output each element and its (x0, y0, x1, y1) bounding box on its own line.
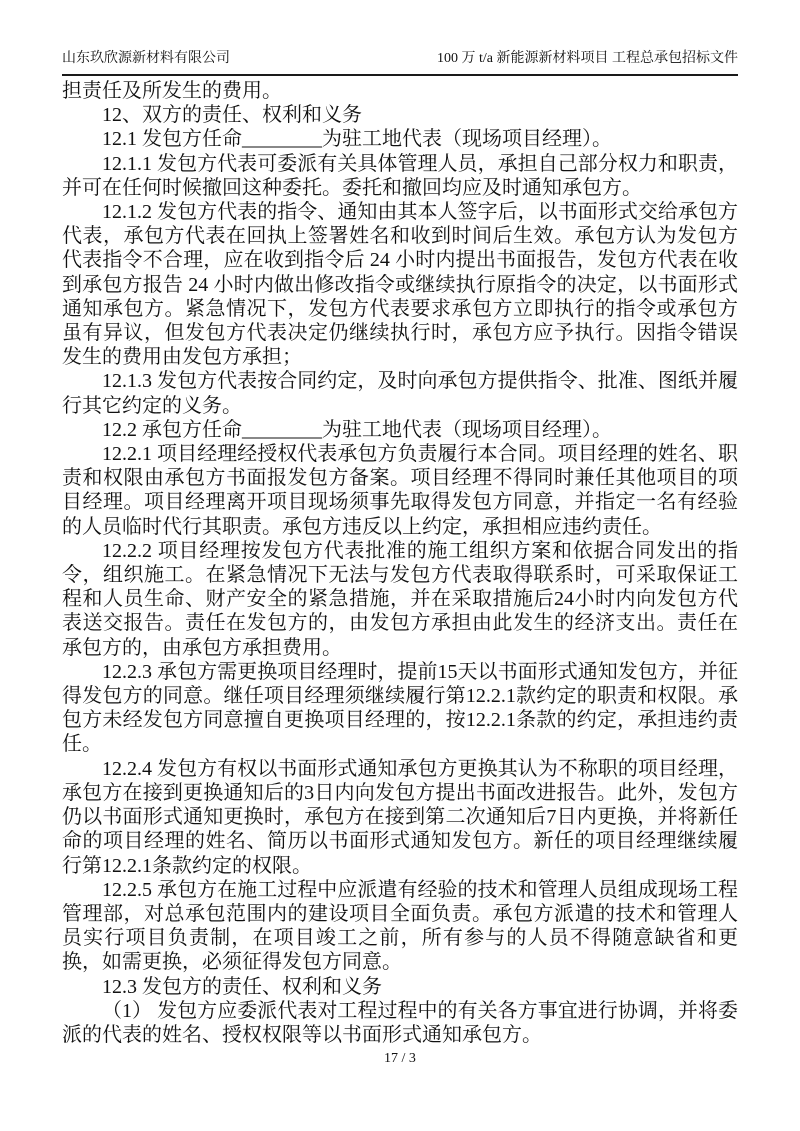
header-company-name: 山东玖欣源新材料有限公司 (62, 50, 230, 68)
page-header: 山东玖欣源新材料有限公司 100 万 t/a 新能源新材料项目 工程总承包招标文… (62, 50, 738, 76)
paragraph: 12.2.2 项目经理按发包方代表批准的施工组织方案和依据合同发出的指令，组织施… (62, 539, 738, 660)
paragraph: 12.1.1 发包方代表可委派有关具体管理人员，承担自己部分权力和职责，并可在任… (62, 152, 738, 200)
paragraph: 12.1.2 发包方代表的指令、通知由其本人签字后，以书面形式交给承包方代表，承… (62, 200, 738, 369)
paragraph: 12.2.1 项目经理经授权代表承包方负责履行本合同。项目经理的姓名、职责和权限… (62, 442, 738, 539)
paragraph: 12.2.5 承包方在施工过程中应派遣有经验的技术和管理人员组成现场工程管理部，… (62, 878, 738, 975)
paragraph: （1） 发包方应委派代表对工程过程中的有关各方事宜进行协调，并将委派的代表的姓名… (62, 999, 738, 1047)
paragraph: 12.1 发包方任命________为驻工地代表（现场项目经理）。 (62, 127, 738, 151)
paragraph: 担责任及所发生的费用。 (62, 79, 738, 103)
document-page: 山东玖欣源新材料有限公司 100 万 t/a 新能源新材料项目 工程总承包招标文… (0, 0, 800, 1131)
document-body: 担责任及所发生的费用。12、双方的责任、权利和义务12.1 发包方任命_____… (62, 79, 738, 1047)
page-number: 17 / 3 (384, 1051, 416, 1066)
header-document-title: 100 万 t/a 新能源新材料项目 工程总承包招标文件 (437, 50, 738, 68)
paragraph: 12.2.4 发包方有权以书面形式通知承包方更换其认为不称职的项目经理，承包方在… (62, 757, 738, 878)
paragraph: 12.3 发包方的责任、权利和义务 (62, 975, 738, 999)
paragraph: 12、双方的责任、权利和义务 (62, 103, 738, 127)
page-footer: 17 / 3 (0, 1050, 800, 1068)
paragraph: 12.2 承包方任命________为驻工地代表（现场项目经理）。 (62, 418, 738, 442)
paragraph: 12.2.3 承包方需更换项目经理时，提前15天以书面形式通知发包方，并征得发包… (62, 660, 738, 757)
paragraph: 12.1.3 发包方代表按合同约定，及时向承包方提供指令、批准、图纸并履行其它约… (62, 369, 738, 417)
